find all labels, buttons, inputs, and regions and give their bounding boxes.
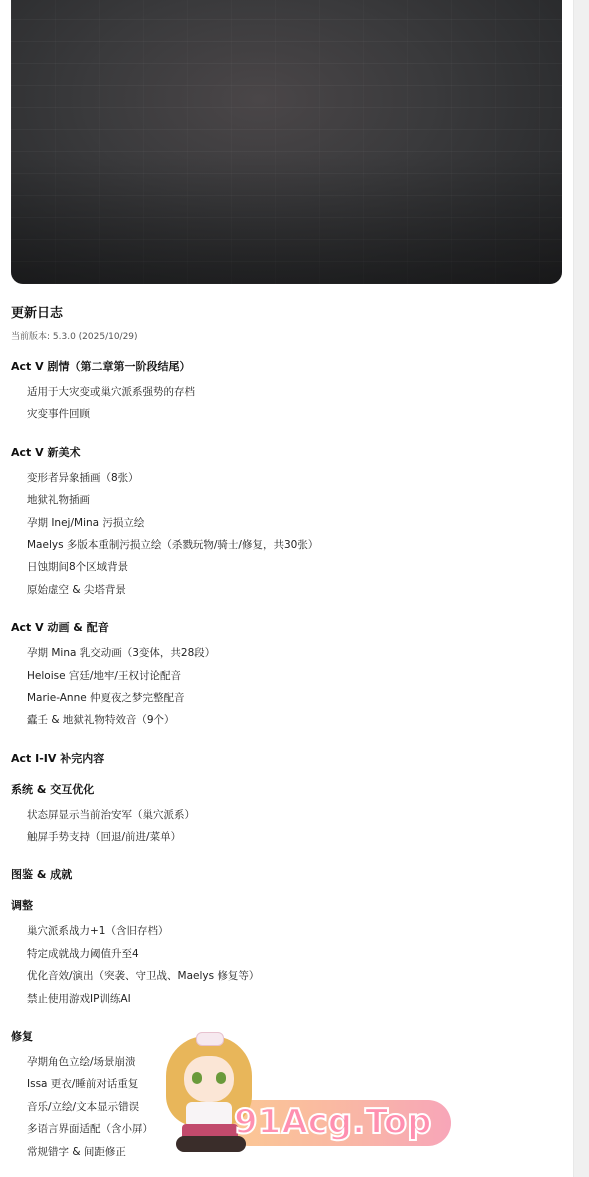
changelog-section: 修复 孕期角色立绘/场景崩溃 Issa 更衣/睡前对话重复 音乐/立绘/文本显示… (11, 1029, 561, 1167)
changelog-item: 音乐/立绘/文本显示错误 (27, 1100, 561, 1122)
changelog-item: 特定成就战力阈值升至4 (27, 947, 561, 969)
changelog-section: Act V 动画 & 配音 孕期 Mina 乳交动画（3变体，共28段） Hel… (11, 620, 561, 736)
changelog-item: 蠹壬 & 地狱礼物特效音（9个） (27, 713, 561, 735)
changelog-item: 变形者异象插画（8张） (27, 471, 561, 493)
section-heading: 系统 & 交互优化 (11, 782, 561, 798)
changelog: 更新日志 当前版本: 5.3.0 (2025/10/29) Act V 剧情（第… (11, 305, 561, 1167)
changelog-section: 调整 巢穴派系战力+1（含旧存档） 特定成就战力阈值升至4 优化音效/演出（突袭… (11, 898, 561, 1014)
changelog-section: 图鉴 & 成就 (11, 867, 561, 883)
hero-image-shade (11, 0, 562, 284)
section-items: 适用于大灾变或巢穴派系强势的存档 灾变事件回顾 (11, 385, 561, 430)
current-version: 当前版本: 5.3.0 (2025/10/29) (11, 330, 561, 344)
changelog-item: 状态屏显示当前治安军（巢穴派系） (27, 808, 561, 830)
changelog-item: 优化音效/演出（突袭、守卫战、Maelys 修复等） (27, 969, 561, 991)
changelog-item: Heloise 宫廷/地牢/王权讨论配音 (27, 669, 561, 691)
vertical-scrollbar[interactable] (573, 0, 589, 1177)
changelog-item: 孕期 Mina 乳交动画（3变体，共28段） (27, 646, 561, 668)
changelog-item: Issa 更衣/睡前对话重复 (27, 1077, 561, 1099)
page: 更新日志 当前版本: 5.3.0 (2025/10/29) Act V 剧情（第… (0, 0, 573, 1177)
changelog-item: 日蚀期间8个区域背景 (27, 560, 561, 582)
section-heading: Act V 动画 & 配音 (11, 620, 561, 636)
section-heading: Act V 新美术 (11, 445, 561, 461)
section-heading: 修复 (11, 1029, 561, 1045)
section-heading: Act I-IV 补完内容 (11, 751, 561, 767)
changelog-item: 原始虚空 & 尖塔背景 (27, 583, 561, 605)
changelog-item: 适用于大灾变或巢穴派系强势的存档 (27, 385, 561, 407)
changelog-item: 多语言界面适配（含小屏） (27, 1122, 561, 1144)
section-heading: Act V 剧情（第二章第一阶段结尾） (11, 359, 561, 375)
section-items: 变形者异象插画（8张） 地狱礼物插画 孕期 Inej/Mina 污损立绘 Mae… (11, 471, 561, 605)
changelog-section: Act I-IV 补完内容 (11, 751, 561, 767)
changelog-title: 更新日志 (11, 305, 561, 323)
changelog-section: Act V 剧情（第二章第一阶段结尾） 适用于大灾变或巢穴派系强势的存档 灾变事… (11, 359, 561, 430)
section-items: 孕期角色立绘/场景崩溃 Issa 更衣/睡前对话重复 音乐/立绘/文本显示错误 … (11, 1055, 561, 1167)
changelog-section: 系统 & 交互优化 状态屏显示当前治安军（巢穴派系） 触屏手势支持（回退/前进/… (11, 782, 561, 853)
changelog-item: 常规错字 & 间距修正 (27, 1145, 561, 1167)
section-items: 状态屏显示当前治安军（巢穴派系） 触屏手势支持（回退/前进/菜单） (11, 808, 561, 853)
changelog-item: 禁止使用游戏IP训练AI (27, 992, 561, 1014)
changelog-item: 孕期 Inej/Mina 污损立绘 (27, 516, 561, 538)
section-items: 孕期 Mina 乳交动画（3变体，共28段） Heloise 宫廷/地牢/王权讨… (11, 646, 561, 736)
changelog-item: 孕期角色立绘/场景崩溃 (27, 1055, 561, 1077)
changelog-item: 灾变事件回顾 (27, 407, 561, 429)
changelog-item: 地狱礼物插画 (27, 493, 561, 515)
changelog-item: Maelys 多版本重制污损立绘（杀戮玩物/骑士/修复，共30张） (27, 538, 561, 560)
changelog-item: 触屏手势支持（回退/前进/菜单） (27, 830, 561, 852)
section-heading: 调整 (11, 898, 561, 914)
hero-image (11, 0, 562, 284)
changelog-item: Marie-Anne 仲夏夜之梦完整配音 (27, 691, 561, 713)
changelog-section: Act V 新美术 变形者异象插画（8张） 地狱礼物插画 孕期 Inej/Min… (11, 445, 561, 605)
section-heading: 图鉴 & 成就 (11, 867, 561, 883)
changelog-item: 巢穴派系战力+1（含旧存档） (27, 924, 561, 946)
section-items: 巢穴派系战力+1（含旧存档） 特定成就战力阈值升至4 优化音效/演出（突袭、守卫… (11, 924, 561, 1014)
